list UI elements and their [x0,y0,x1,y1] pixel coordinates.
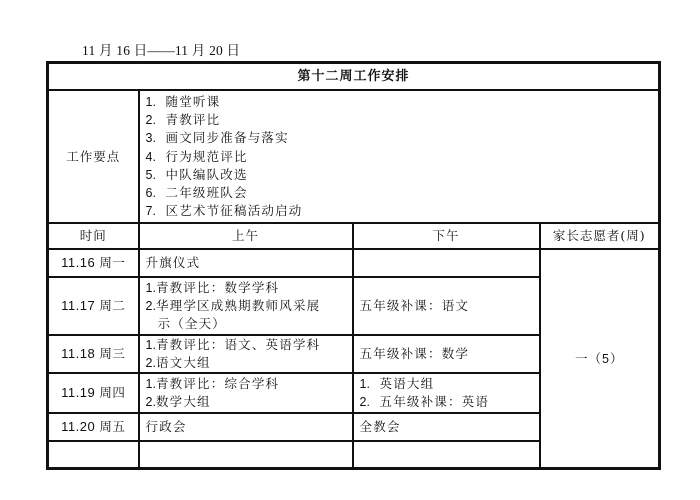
day-cell [48,441,139,468]
work-focus-row: 工作要点 1.随堂听课 2.青教评比 3.画文同步准备与落实 4.行为规范评比 … [48,90,660,223]
day-cell: 11.19 周四 [48,373,139,413]
morning-cell [139,441,353,468]
afternoon-cell: 五年级补课：语文 [353,277,540,335]
focus-item: 1.随堂听课 [146,93,653,111]
work-focus-label: 工作要点 [48,90,139,223]
table-row-monday: 11.16 周一 升旗仪式 一（5） [48,249,660,277]
title-row: 第十二周工作安排 [48,63,660,91]
day-cell: 11.17 周二 [48,277,139,335]
column-header-time: 时间 [48,223,139,249]
afternoon-cell: 五年级补课：数学 [353,335,540,373]
afternoon-cell: 全教会 [353,413,540,441]
weekly-schedule-table: 第十二周工作安排 工作要点 1.随堂听课 2.青教评比 3.画文同步准备与落实 … [46,61,661,470]
afternoon-cell [353,441,540,468]
date-range: 11 月 16 日——11 月 20 日 [82,39,240,59]
morning-cell: 1.青教评比：综合学科 2.数学大组 [139,373,353,413]
afternoon-cell: 1.英语大组 2.五年级补课：英语 [353,373,540,413]
volunteer-cell: 一（5） [540,249,660,468]
focus-item: 5.中队编队改选 [146,166,653,184]
column-header-afternoon: 下午 [353,223,540,249]
focus-item: 6.二年级班队会 [146,184,653,202]
work-focus-list: 1.随堂听课 2.青教评比 3.画文同步准备与落实 4.行为规范评比 5.中队编… [139,90,660,223]
column-header-row: 时间 上午 下午 家长志愿者(周) [48,223,660,249]
focus-item: 3.画文同步准备与落实 [146,129,653,147]
morning-cell: 升旗仪式 [139,249,353,277]
morning-cell: 1.青教评比：数学学科 2.华理学区成熟期教师风采展 示（全天） [139,277,353,335]
focus-item: 7.区艺术节征稿活动启动 [146,202,653,220]
morning-cell: 1.青教评比：语文、英语学科 2.语文大组 [139,335,353,373]
table-title: 第十二周工作安排 [48,63,660,91]
afternoon-cell [353,249,540,277]
day-cell: 11.16 周一 [48,249,139,277]
focus-item: 4.行为规范评比 [146,148,653,166]
morning-cell: 行政会 [139,413,353,441]
day-cell: 11.20 周五 [48,413,139,441]
column-header-morning: 上午 [139,223,353,249]
focus-item: 2.青教评比 [146,111,653,129]
column-header-volunteer: 家长志愿者(周) [540,223,660,249]
day-cell: 11.18 周三 [48,335,139,373]
